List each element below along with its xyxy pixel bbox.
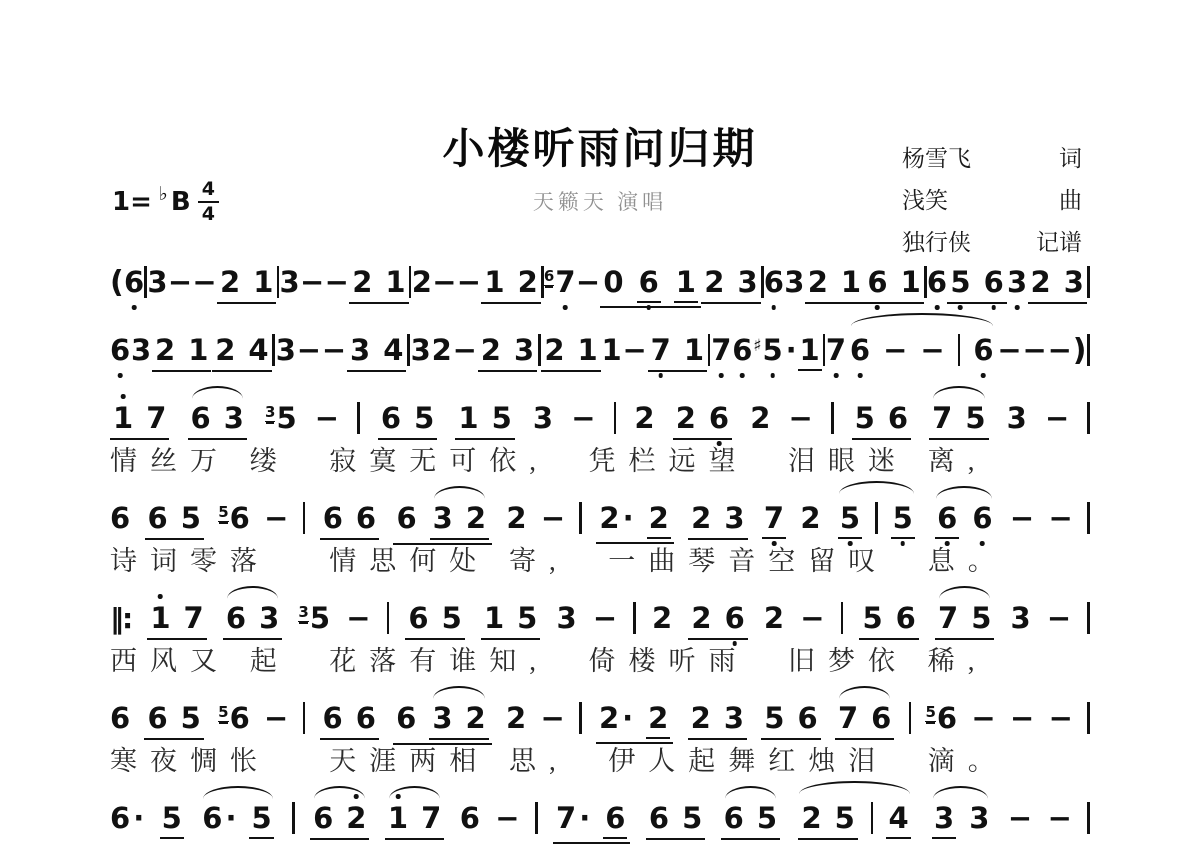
note-digit: 2 (691, 603, 711, 635)
slur-group: 63 (223, 601, 282, 640)
note-digit: 6 (972, 503, 992, 535)
barline (292, 802, 295, 834)
note-digit: 6 (356, 703, 376, 735)
note-digit: 1 (484, 603, 504, 635)
augmentation-dot: · (786, 333, 797, 367)
note-digit: 3 (724, 503, 744, 535)
barline (303, 702, 306, 734)
lyricist-name: 杨雪飞 (902, 140, 971, 173)
credit-lyricist: 杨雪飞 词 (902, 140, 1082, 173)
octave-dot-low (646, 305, 651, 310)
note: 3 (784, 265, 804, 299)
slur-group: 76 (835, 701, 894, 740)
note: 1 (484, 265, 504, 299)
note-digit: 6 (984, 267, 1004, 299)
note-digit: 6 (230, 503, 250, 535)
barline (614, 402, 617, 434)
slur-group: 32 (429, 701, 488, 740)
note-digit: 5 (414, 403, 434, 435)
note-digit: 6 (896, 603, 916, 635)
note: 6· (202, 801, 236, 835)
note-digit: 2 (599, 703, 619, 735)
octave-dot-low (858, 373, 863, 378)
note: 6 (396, 701, 416, 735)
note-digit: 2 (466, 703, 486, 735)
slur-group: 17 (385, 801, 444, 840)
note: 7 (711, 333, 731, 367)
note: 6 (973, 333, 993, 367)
dash-hold: − (297, 333, 321, 367)
note-digit: 2 (808, 267, 828, 299)
note: 5 (971, 601, 991, 635)
note: 3 (350, 333, 370, 367)
dash-hold: − (495, 801, 519, 835)
note-digit: 7 (764, 503, 784, 535)
note-digit: 2 (544, 335, 564, 367)
dash-hold: − (346, 601, 370, 635)
beam-group: 66 (320, 501, 379, 540)
note-digit: 6 (148, 503, 168, 535)
note: ♯5· (753, 333, 796, 367)
note-digit: 2 (1031, 267, 1051, 299)
octave-dot-high (354, 794, 359, 799)
note: 7· (556, 801, 590, 835)
note: 3 (280, 265, 300, 299)
lyrics-row: 寒夜惆怅 天涯两相 思, 伊人起舞红烛泪 滴。 (110, 742, 1090, 780)
dash-hold: − (432, 265, 456, 299)
beam-group: 7·6 (553, 801, 630, 844)
note: 6 (732, 333, 752, 367)
beam-group: 15 (455, 401, 514, 440)
note: 6 (191, 401, 211, 435)
notation-line: 6321243−−3432−23211−7176♯5·176−−6−−−) (110, 328, 1090, 370)
slur-group: 6·5 (199, 801, 276, 839)
note-digit: 6 (110, 803, 130, 835)
beam-group: 56 (761, 701, 820, 740)
dash-hold: − (789, 401, 813, 435)
note: 5 (835, 801, 855, 835)
note-digit: 6 (937, 703, 957, 735)
note: 3 (556, 601, 576, 635)
note: 7 (838, 701, 858, 735)
note: 1 (253, 265, 273, 299)
note-digit: 6 (888, 403, 908, 435)
note-digit: 0 (603, 267, 623, 299)
note-digit: 6 (110, 503, 130, 535)
note: 5 (855, 401, 875, 435)
note: 2 (646, 701, 670, 739)
note-digit: 6 (927, 267, 947, 299)
note-digit: 6 (973, 335, 993, 367)
note: 6 (871, 701, 891, 735)
octave-dot-low (772, 541, 777, 546)
note: 6 (356, 501, 376, 535)
note: 6 (313, 801, 333, 835)
note: 1 (841, 265, 861, 299)
note-digit: 1 (458, 403, 478, 435)
note: 6 (927, 265, 947, 299)
note: 6 (356, 701, 376, 735)
note: 6 (460, 801, 480, 835)
barline (387, 602, 390, 634)
note-digit: 1 (578, 335, 598, 367)
octave-dot-low (848, 541, 853, 546)
barline (958, 334, 961, 366)
note-digit: 5 (862, 603, 882, 635)
note: 0 (603, 265, 623, 299)
note-digit: 6 (381, 403, 401, 435)
note: 6 (984, 265, 1004, 299)
note-digit: 5 (310, 603, 330, 635)
note: 35 (265, 401, 297, 435)
note-digit: 5 (764, 703, 784, 735)
dash-hold: − (322, 333, 346, 367)
note-digit: 7 (651, 335, 671, 367)
note-digit: 6 (639, 267, 659, 299)
note: 7 (932, 401, 952, 435)
note: 3 (724, 501, 744, 535)
note: 2 (691, 601, 711, 635)
octave-dot-low (991, 305, 996, 310)
key-prefix: 1= (112, 187, 152, 217)
note: 6 (724, 801, 744, 835)
note: 5 (414, 401, 434, 435)
note-digit: 5 (517, 603, 537, 635)
dash-hold: − (1008, 801, 1032, 835)
barline (579, 702, 582, 734)
octave-dot-high (396, 794, 401, 799)
slur-group: 75 (929, 401, 988, 440)
note: 2 (352, 265, 372, 299)
note-digit: 5 (181, 503, 201, 535)
beam-group: 24 (212, 333, 271, 372)
note-digit: 7 (556, 803, 576, 835)
beam-group: 34 (347, 333, 406, 372)
note-digit: 2 (412, 267, 432, 299)
note-digit: 6 (408, 603, 428, 635)
octave-dot-low (658, 373, 663, 378)
note: 6· (110, 801, 144, 835)
note-digit: 5 (162, 803, 182, 835)
note: 2 (215, 333, 235, 367)
note: 6 (649, 801, 669, 835)
slur-group: 75 (935, 601, 994, 640)
barline (823, 334, 826, 366)
note-digit: 6 (313, 803, 333, 835)
note-digit: 3 (259, 603, 279, 635)
note: 6 (603, 801, 627, 839)
note: 3 (969, 801, 989, 835)
note: 7 (938, 601, 958, 635)
note-digit: 1 (841, 267, 861, 299)
note-digit: 5 (762, 335, 782, 367)
note: 2 (466, 701, 486, 735)
note-digit: 1 (602, 335, 622, 367)
note-digit: 3 (411, 335, 431, 367)
barline (535, 802, 538, 834)
octave-dot-low (958, 305, 963, 310)
note-digit: 6 (110, 335, 130, 367)
dash-hold: − (300, 265, 324, 299)
note: 6 (323, 701, 343, 735)
note-digit: 6 (230, 703, 250, 735)
note: 5 (442, 601, 462, 635)
note: 3 (514, 333, 534, 367)
notation-line: 176335−65153−2262−56753− (110, 396, 1090, 438)
beam-group: 17 (147, 601, 206, 640)
beam-group: 23 (1028, 265, 1087, 304)
note: 6 (148, 501, 168, 535)
beam-group: 71 (648, 333, 707, 372)
note: 56 (218, 501, 250, 535)
dash-hold: − (264, 501, 288, 535)
barline (708, 334, 711, 366)
beam-group: 21 (217, 265, 276, 304)
barline (407, 334, 410, 366)
note-digit: 7 (711, 335, 731, 367)
dash-hold: − (541, 501, 565, 535)
note-digit: 1 (901, 267, 921, 299)
note-digit: 2 (691, 503, 711, 535)
note: 2 (800, 501, 820, 535)
dash-hold: − (920, 333, 944, 367)
note: 3 (724, 701, 744, 735)
barline (1087, 702, 1090, 734)
note: 1 (798, 333, 822, 371)
barline (1087, 802, 1090, 834)
note-digit: 4 (888, 803, 908, 835)
barline (357, 402, 360, 434)
note-digit: 3 (1007, 267, 1027, 299)
notation-line: ‖:176335−65153−2262−56753− (110, 596, 1090, 638)
note: 35 (298, 601, 330, 635)
note: 2 (647, 501, 671, 539)
note: 1 (385, 265, 405, 299)
close-paren: ) (1073, 333, 1087, 368)
barline (871, 802, 874, 834)
note-digit: 1 (800, 335, 820, 367)
slur-group: 55 (835, 496, 918, 539)
beam-group: 23 (478, 333, 537, 372)
note: 6 (972, 501, 992, 535)
barline (538, 334, 541, 366)
beam-group: 23 (701, 265, 760, 304)
note-digit: 5 (492, 403, 512, 435)
note-digit: 6 (323, 703, 343, 735)
note: 6 (764, 265, 784, 299)
note-digit: 2 (352, 267, 372, 299)
octave-dot-low (980, 541, 985, 546)
note-digit: 6 (323, 503, 343, 535)
beam-group: 65 (144, 701, 203, 740)
note: 1 (458, 401, 478, 435)
barline (1087, 334, 1090, 366)
note-digit: 1 (676, 267, 696, 299)
dash-hold: − (1022, 333, 1046, 367)
note-digit: 5 (950, 267, 970, 299)
note-digit: 5 (682, 803, 702, 835)
note: 56 (925, 701, 957, 735)
dash-hold: − (576, 265, 600, 299)
augmentation-dot: · (623, 501, 634, 535)
beam-group: 21 (349, 265, 408, 304)
note: 6 (867, 265, 887, 299)
notation-line: 66556−666322−2·223567656−−− (110, 696, 1090, 738)
beam-group: 65 (646, 801, 705, 840)
note-digit: 2 (506, 503, 526, 535)
beam-group: 2·2 (596, 501, 673, 544)
note: 67 (544, 265, 576, 299)
note-digit: 6 (356, 503, 376, 535)
note: 5 (249, 801, 273, 839)
note: 1 (684, 333, 704, 367)
note: 6 (888, 401, 908, 435)
note-digit: 3 (1064, 267, 1084, 299)
note-digit: 2 (652, 603, 672, 635)
note: 6 (110, 333, 130, 367)
dash-hold: − (457, 265, 481, 299)
beam-group: 12 (481, 265, 540, 304)
note: 1 (578, 333, 598, 367)
notation-line: 6·56·562176−7·6656525433−− (110, 796, 1090, 838)
note-digit: 2 (506, 703, 526, 735)
note: 6 (408, 601, 428, 635)
note: 2 (634, 401, 654, 435)
note-digit: 7 (184, 603, 204, 635)
dash-hold: − (192, 265, 216, 299)
note-digit: 3 (737, 267, 757, 299)
note: 3 (737, 265, 757, 299)
note-digit: 2 (648, 703, 668, 735)
note-digit: 3 (533, 403, 553, 435)
dash-hold: − (315, 401, 339, 435)
note-digit: 7 (838, 703, 858, 735)
note-digit: 6 (709, 403, 729, 435)
note-digit: 1 (684, 335, 704, 367)
beam-group: 65 (378, 401, 437, 440)
note: 2 (652, 601, 672, 635)
lyricist-role: 词 (1059, 140, 1082, 173)
beam-group: 65 (405, 601, 464, 640)
barline (633, 602, 636, 634)
note: 6 (637, 265, 661, 303)
grace-note: 3 (265, 405, 275, 422)
beam-group: 25 (798, 801, 857, 840)
time-signature: 4 4 (198, 180, 219, 224)
note: 6 (725, 601, 745, 635)
slur-group: 33 (929, 801, 992, 839)
dash-hold: − (1045, 401, 1069, 435)
open-paren: ( (110, 265, 124, 300)
note: 5 (757, 801, 777, 835)
note-digit: 7 (146, 403, 166, 435)
note: 2 (691, 701, 711, 735)
dash-hold: − (1010, 501, 1034, 535)
dash-hold: − (453, 333, 477, 367)
barline (1087, 502, 1090, 534)
note: 56 (218, 701, 250, 735)
dash-hold: − (1048, 801, 1072, 835)
note: 3 (224, 401, 244, 435)
note: 6 (896, 601, 916, 635)
dash-hold: − (540, 701, 564, 735)
note: 2 (506, 701, 526, 735)
note: 6 (935, 501, 959, 539)
octave-dot-low (717, 441, 722, 446)
lyrics-row: 诗词零落 情思何处 寄, 一曲琴音空留叹 息。 (110, 542, 1090, 580)
dash-hold: − (800, 601, 824, 635)
note-digit: 2 (466, 503, 486, 535)
note: 3 (432, 701, 452, 735)
note-digit: 1 (150, 603, 170, 635)
note-digit: 2 (704, 267, 724, 299)
note: 5 (862, 601, 882, 635)
note-digit: 7 (932, 403, 952, 435)
note: 6 (226, 601, 246, 635)
note-digit: 7 (938, 603, 958, 635)
octave-dot-low (563, 305, 568, 310)
note-digit: 5 (855, 403, 875, 435)
note: 1 (150, 601, 170, 635)
note: 6 (110, 501, 130, 535)
beam-group: 65 (145, 501, 204, 540)
beam-group: 56 (852, 401, 911, 440)
note-digit: 5 (840, 503, 860, 535)
barline (1087, 402, 1090, 434)
note: 2 (481, 333, 501, 367)
octave-dot-low (875, 305, 880, 310)
note: 5 (181, 501, 201, 535)
note-digit: 5 (276, 403, 296, 435)
score: (63−−213−−212−−1267−06123632161656323632… (0, 252, 1200, 838)
note: 5 (764, 701, 784, 735)
note: 2 (155, 333, 175, 367)
note-digit: 2 (691, 703, 711, 735)
barline (841, 602, 844, 634)
note-digit: 1 (113, 403, 133, 435)
beam-group: 21 (152, 333, 211, 372)
note: 6 (323, 501, 343, 535)
octave-dot-low (945, 541, 950, 546)
octave-dot-low (935, 305, 940, 310)
note-digit: 2 (599, 503, 619, 535)
note-digit: 7 (555, 267, 575, 299)
slur-group: 32 (430, 501, 489, 540)
note-digit: 6 (396, 503, 416, 535)
note-digit: 6 (724, 803, 744, 835)
note-digit: 2 (676, 403, 696, 435)
octave-dot-high (121, 394, 126, 399)
note-digit: 3 (724, 703, 744, 735)
dash-hold: − (593, 601, 617, 635)
beam-group: 66 (320, 701, 379, 740)
note: 6 (124, 265, 144, 299)
note: 7 (184, 601, 204, 635)
grace-note: 5 (218, 705, 228, 722)
beam-group: 61 (864, 265, 923, 304)
grace-note: 6 (544, 269, 554, 286)
note-digit: 2 (481, 335, 501, 367)
note-digit: 6 (649, 803, 669, 835)
note: 2 (676, 401, 696, 435)
note-digit: 3 (131, 335, 151, 367)
octave-dot-low (834, 373, 839, 378)
octave-dot-high (158, 594, 163, 599)
note-digit: 3 (1007, 403, 1027, 435)
note-digit: 5 (181, 703, 201, 735)
note: 2 (801, 801, 821, 835)
key-signature: 1=♭B 4 4 (112, 180, 219, 224)
